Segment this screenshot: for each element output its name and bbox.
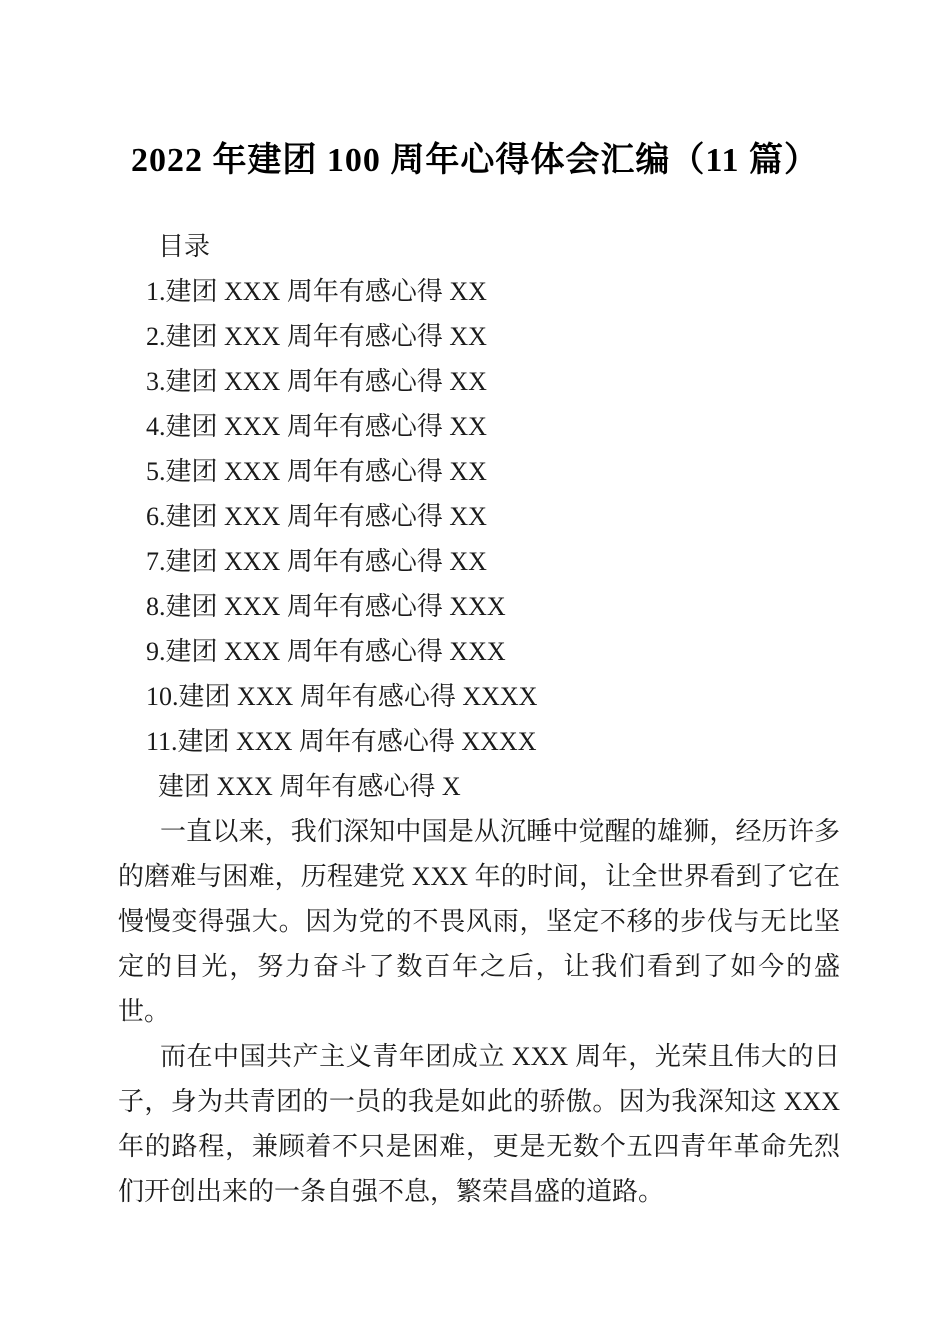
- document-title: 2022 年建团 100 周年心得体会汇编（11 篇）: [0, 0, 950, 186]
- toc-item-7: 7.建团 XXX 周年有感心得 XX: [118, 539, 840, 584]
- article-heading: 建团 XXX 周年有感心得 X: [118, 764, 840, 809]
- toc-item-2: 2.建团 XXX 周年有感心得 XX: [118, 314, 840, 359]
- toc-item-8: 8.建团 XXX 周年有感心得 XXX: [118, 584, 840, 629]
- toc-item-5: 5.建团 XXX 周年有感心得 XX: [118, 449, 840, 494]
- toc-item-1: 1.建团 XXX 周年有感心得 XX: [118, 269, 840, 314]
- document-page: 2022 年建团 100 周年心得体会汇编（11 篇） 目录 1.建团 XXX …: [0, 0, 950, 1344]
- document-content: 目录 1.建团 XXX 周年有感心得 XX 2.建团 XXX 周年有感心得 XX…: [118, 224, 840, 1214]
- article-paragraph-1: 一直以来，我们深知中国是从沉睡中觉醒的雄狮，经历许多的磨难与困难，历程建党 XX…: [118, 809, 840, 1034]
- toc-item-6: 6.建团 XXX 周年有感心得 XX: [118, 494, 840, 539]
- toc-item-4: 4.建团 XXX 周年有感心得 XX: [118, 404, 840, 449]
- toc-heading: 目录: [118, 224, 840, 269]
- toc-item-10: 10.建团 XXX 周年有感心得 XXXX: [118, 674, 840, 719]
- toc-item-9: 9.建团 XXX 周年有感心得 XXX: [118, 629, 840, 674]
- article-paragraph-2: 而在中国共产主义青年团成立 XXX 周年，光荣且伟大的日子，身为共青团的一员的我…: [118, 1034, 840, 1214]
- toc-item-3: 3.建团 XXX 周年有感心得 XX: [118, 359, 840, 404]
- toc-item-11: 11.建团 XXX 周年有感心得 XXXX: [118, 719, 840, 764]
